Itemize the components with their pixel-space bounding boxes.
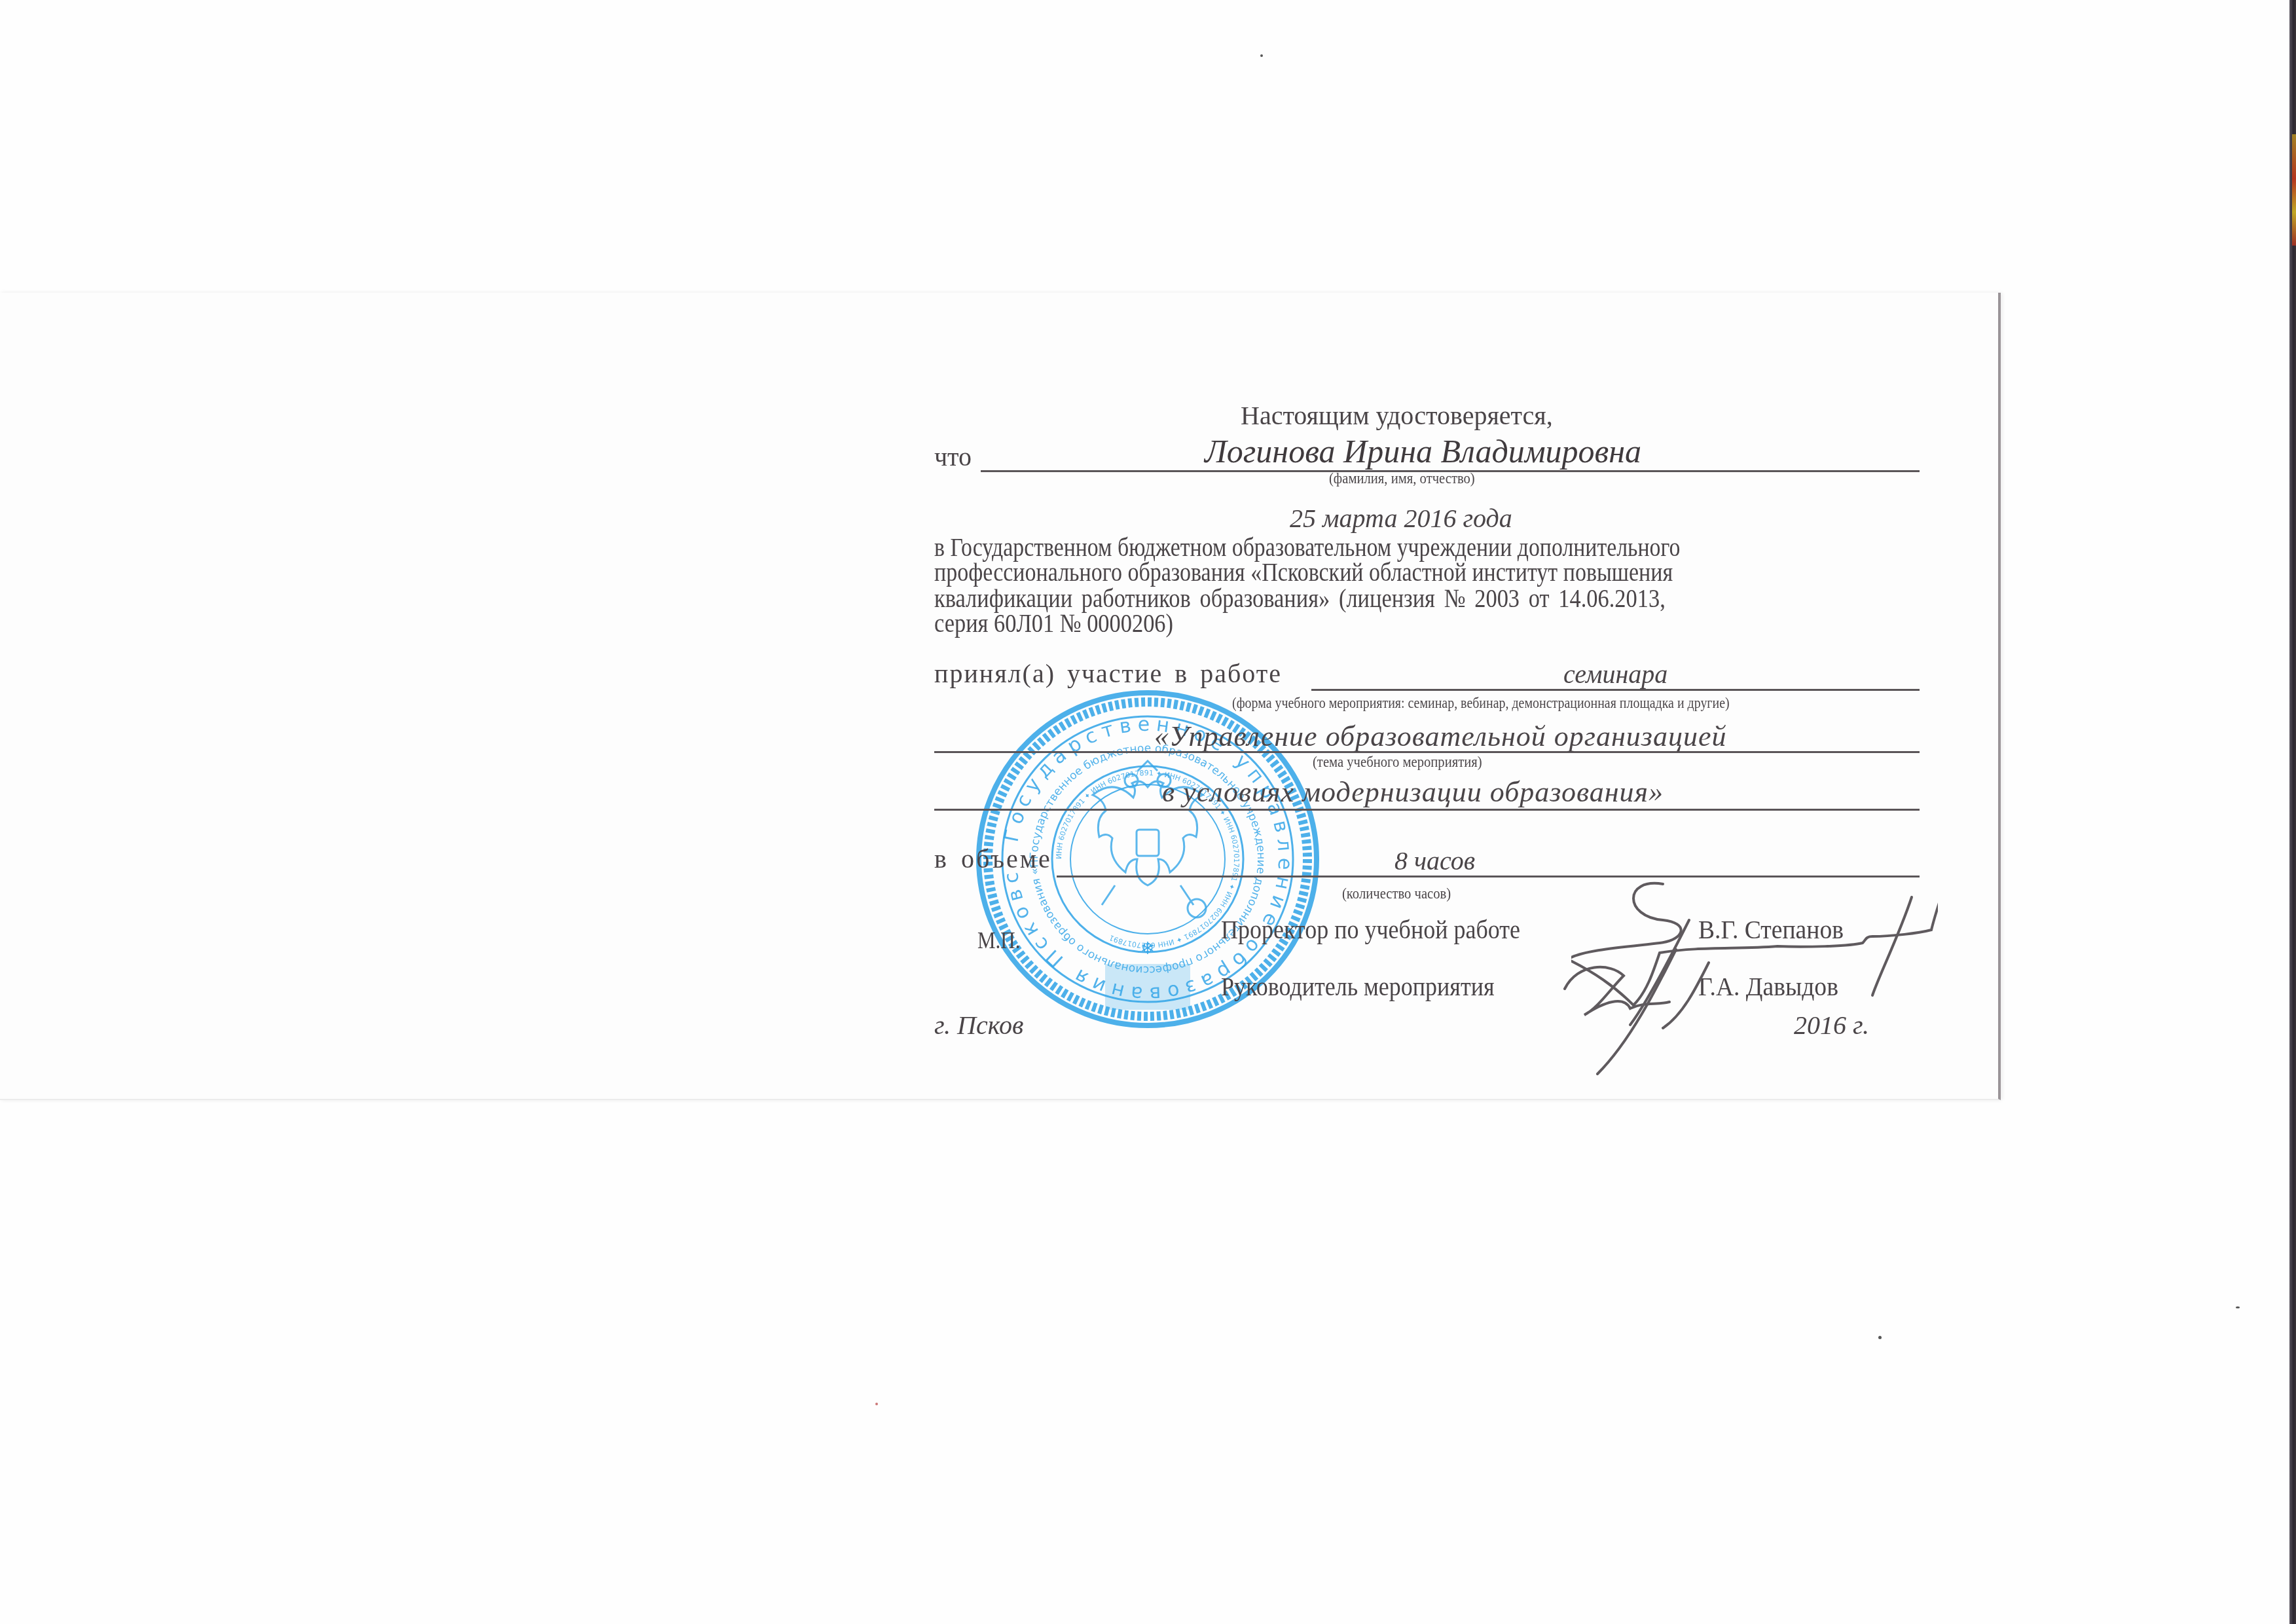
event-form: семинара (1563, 661, 1667, 688)
topic-line-1: «Управление образовательной организацией (1154, 722, 1727, 751)
scanner-edge-artifact (2292, 134, 2296, 246)
topic-line-2: в условиях модернизации образования» (1162, 778, 1664, 807)
participation-label: принял(а) участие в работе (934, 661, 1282, 687)
seal-label: М.П. (977, 929, 1020, 952)
signatory-2-position: Руководитель мероприятия (1221, 974, 1494, 1000)
full-name-caption: (фамилия, имя, отчество) (1329, 471, 1475, 487)
signature-davydov (1558, 943, 1768, 1087)
stamp-hologram-area (1105, 964, 1190, 1010)
snowflake-icon: ❄ (1140, 939, 1155, 958)
full-name: Логинова Ирина Владимировна (1205, 435, 1641, 468)
topic-underline-2 (934, 809, 1920, 811)
certificate-header: Настоящим удостоверяется, (1241, 403, 1553, 429)
scanner-edge (2289, 0, 2296, 1624)
institution-line-4: серия 60Л01 № 0000206) (934, 610, 1173, 637)
topic-caption: (тема учебного мероприятия) (1313, 754, 1482, 770)
city: г. Псков (934, 1012, 1023, 1039)
hours-value: 8 часов (1394, 848, 1475, 874)
event-date: 25 марта 2016 года (1290, 506, 1512, 532)
volume-label: в объеме (934, 846, 1052, 872)
dust-speck (2236, 1306, 2240, 1308)
signatory-1-position: Проректор по учебной работе (1221, 917, 1520, 943)
that-label: что (934, 444, 972, 470)
institution-line-3: квалификации работников образования» (ли… (934, 585, 1666, 612)
year: 2016 г. (1794, 1012, 1869, 1039)
dust-speck (875, 1403, 878, 1405)
dust-speck (1878, 1336, 1882, 1339)
event-form-underline (1311, 689, 1920, 691)
event-form-caption: (форма учебного мероприятия: семинар, ве… (1232, 695, 1730, 711)
hours-caption: (количество часов) (1342, 886, 1451, 902)
institution-line-1: в Государственном бюджетном образователь… (934, 534, 1680, 561)
dust-speck (1260, 54, 1263, 57)
institution-line-2: профессионального образования «Псковский… (934, 559, 1673, 585)
